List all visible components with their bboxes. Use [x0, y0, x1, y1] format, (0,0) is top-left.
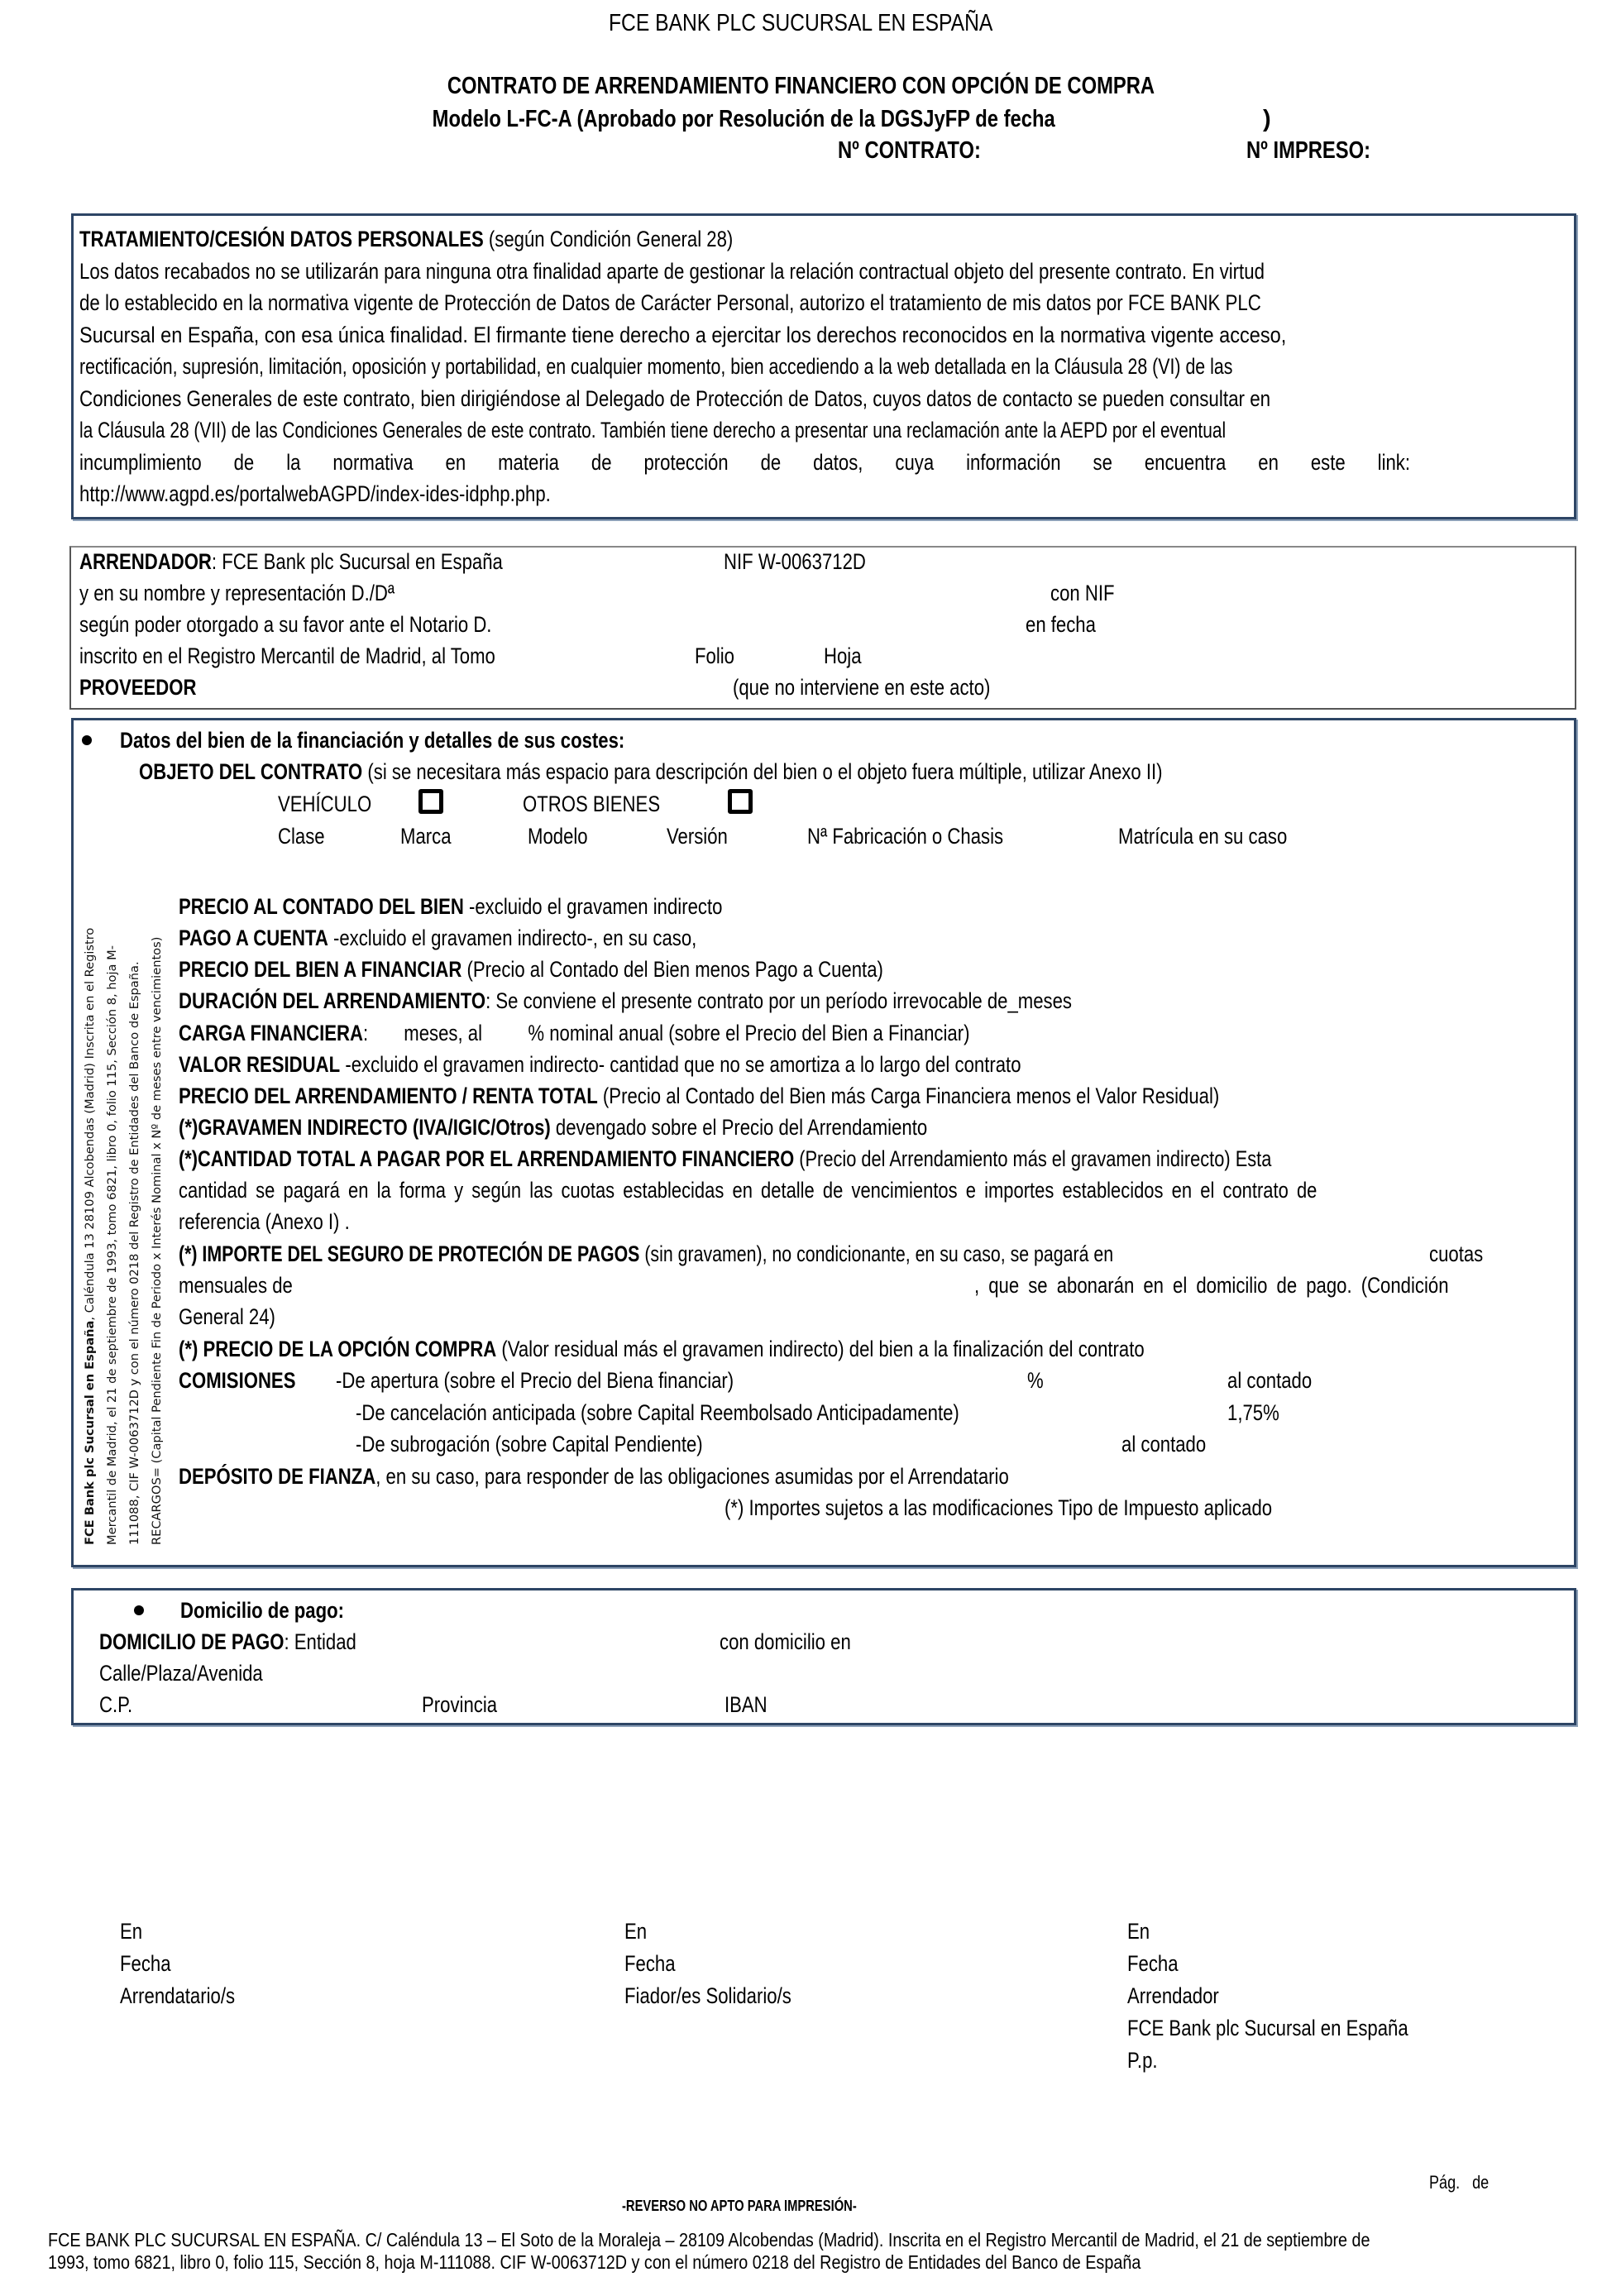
cost-item: VALOR RESIDUAL -excluido el gravamen ind… [179, 1049, 1206, 1080]
otros-bienes-checkbox[interactable] [728, 789, 753, 814]
column-modelo: Modelo [528, 820, 601, 852]
fianza-line: DEPÓSITO DE FIANZA, en su caso, para res… [179, 1461, 1191, 1492]
reverse-note: -REVERSO NO APTO PARA IMPRESIÓN- [622, 2190, 908, 2222]
comision-subrogacion-contado: al contado [1121, 1428, 1225, 1460]
column-clase: Clase [278, 820, 335, 852]
dp-line: incumplimiento de la normativa en materi… [79, 447, 1410, 479]
model-line-close: ) [1263, 106, 1271, 133]
payment-domicilio-label: con domicilio en [720, 1626, 880, 1657]
representation-label: y en su nombre y representación D./Dª [79, 577, 464, 609]
cost-item: CARGA FINANCIERA: meses, al % nominal an… [179, 1017, 1143, 1049]
objeto-line: OBJETO DEL CONTRATO (si se necesitara má… [139, 756, 1387, 787]
payment-cp-label: C.P. [99, 1689, 140, 1720]
contract-number-label: Nº CONTRATO: [838, 137, 1012, 165]
arrendador-label: ARRENDADOR [79, 549, 212, 574]
representative-nif-label: con NIF [1050, 577, 1129, 609]
model-line: Modelo L-FC-A (Aprobado por Resolución d… [364, 106, 1123, 133]
cost-item: DURACIÓN DEL ARRENDAMIENTO: Se conviene … [179, 985, 1268, 1016]
vehiculo-label: VEHÍCULO [278, 788, 392, 820]
dp-line: Sucursal en España, con esa única finali… [79, 319, 1286, 352]
footer-legal: FCE BANK PLC SUCURSAL EN ESPAÑA. C/ Calé… [48, 2229, 1585, 2274]
contract-title: CONTRATO DE ARRENDAMIENTO FINANCIERO CON… [0, 73, 1602, 100]
objeto-label: OBJETO DEL CONTRATO [139, 759, 362, 784]
cost-item: (*)GRAVAMEN INDIRECTO (IVA/IGIC/Otros) d… [179, 1112, 1092, 1143]
payment-street-label: Calle/Plaza/Avenida [99, 1657, 299, 1689]
dp-line: Los datos recabados no se utilizarán par… [79, 256, 1265, 288]
data-protection-heading: TRATAMIENTO/CESIÓN DATOS PERSONALES [79, 227, 484, 251]
vehiculo-checkbox[interactable] [418, 789, 443, 814]
power-date-label: en fecha [1026, 609, 1112, 640]
page-number: Pág. de [1429, 2167, 1502, 2198]
column-marca: Marca [400, 820, 462, 852]
dp-line: la Cláusula 28 (VII) de las Condiciones … [79, 414, 1226, 447]
column-version: Versión [667, 820, 741, 852]
dp-line: de lo establecido en la normativa vigent… [79, 287, 1261, 319]
cost-item: PRECIO DEL ARRENDAMIENTO / RENTA TOTAL (… [179, 1080, 1447, 1112]
cost-item: PRECIO DEL BIEN A FINANCIAR (Precio al C… [179, 954, 1038, 985]
arrendador-line: ARRENDADOR: FCE Bank plc Sucursal en Esp… [79, 546, 595, 577]
data-protection-heading-note: (según Condición General 28) [484, 227, 734, 251]
comision-apertura-contado: al contado [1227, 1365, 1331, 1396]
impreso-number-label: Nº IMPRESO: [1246, 137, 1398, 165]
seguro-cuotas: cuotas [1429, 1238, 1495, 1270]
bullet-icon [134, 1605, 144, 1615]
column-matricula: Matrícula en su caso [1118, 820, 1324, 852]
opcion-compra-line: (*) PRECIO DE LA OPCIÓN COMPRA (Valor re… [179, 1333, 1356, 1365]
comision-cancelacion-pct: 1,75% [1227, 1397, 1291, 1428]
cost-item: PAGO A CUENTA -excluido el gravamen indi… [179, 922, 811, 954]
bank-name-header: FCE BANK PLC SUCURSAL EN ESPAÑA [0, 10, 1602, 37]
payment-entidad-line: DOMICILIO DE PAGO: Entidad [99, 1626, 413, 1657]
proveedor-note: (que no interviene en este acto) [733, 672, 1047, 703]
folio-label: Folio [695, 640, 744, 672]
objeto-note: (si se necesitara más espacio para descr… [362, 759, 1162, 784]
column-chasis: Nª Fabricación o Chasis [807, 820, 1046, 852]
agpd-link[interactable]: http://www.agpd.es/portalwebAGPD/index-i… [79, 478, 551, 510]
seguro-line-1: (*) IMPORTE DEL SEGURO DE PROTECIÓN DE P… [179, 1238, 1362, 1270]
comision-apertura-pct: % [1027, 1365, 1047, 1396]
comision-apertura: -De apertura (sobre el Precio del Biena … [336, 1365, 821, 1396]
total-line-1: (*)CANTIDAD TOTAL A PAGAR POR EL ARRENDA… [179, 1143, 1531, 1174]
arrendador-value: : FCE Bank plc Sucursal en España [212, 549, 503, 574]
total-line-3: referencia (Anexo I) . [179, 1206, 387, 1237]
payment-section-title: Domicilio de pago: [180, 1595, 380, 1626]
payment-province-label: Provincia [422, 1689, 514, 1720]
seguro-general: General 24) [179, 1301, 297, 1332]
data-protection-text: TRATAMIENTO/CESIÓN DATOS PERSONALES (seg… [79, 223, 1568, 510]
payment-iban-label: IBAN [724, 1689, 777, 1720]
proveedor-label: PROVEEDOR [79, 672, 222, 703]
notario-label: según poder otorgado a su favor ante el … [79, 609, 582, 640]
financing-section-title: Datos del bien de la financiación y deta… [120, 725, 735, 756]
seguro-abonaran: , que se abonarán en el domicilio de pag… [974, 1270, 1552, 1301]
tax-note: (*) Importes sujetos a las modificacione… [724, 1492, 1392, 1523]
dp-line: Condiciones Generales de este contrato, … [79, 383, 1270, 415]
bullet-icon [82, 735, 92, 745]
registry-label: inscrito en el Registro Mercantil de Mad… [79, 640, 586, 672]
hoja-label: Hoja [824, 640, 870, 672]
seguro-mensuales: mensuales de [179, 1270, 318, 1301]
dp-line: rectificación, supresión, limitación, op… [79, 351, 1232, 383]
otros-bienes-label: OTROS BIENES [523, 788, 691, 820]
sidebar-legal-text: FCE Bank plc Sucursal en España, Caléndu… [79, 928, 168, 1545]
comisiones-label: COMISIONES [179, 1365, 322, 1396]
comision-subrogacion: -De subrogación (sobre Capital Pendiente… [356, 1428, 779, 1460]
arrendador-nif: NIF W-0063712D [724, 546, 897, 577]
total-line-2: cantidad se pagará en la forma y según l… [179, 1174, 1579, 1206]
cost-item: PRECIO AL CONTADO DEL BIEN -excluido el … [179, 891, 842, 922]
comision-cancelacion: -De cancelación anticipada (sobre Capita… [356, 1397, 1092, 1428]
